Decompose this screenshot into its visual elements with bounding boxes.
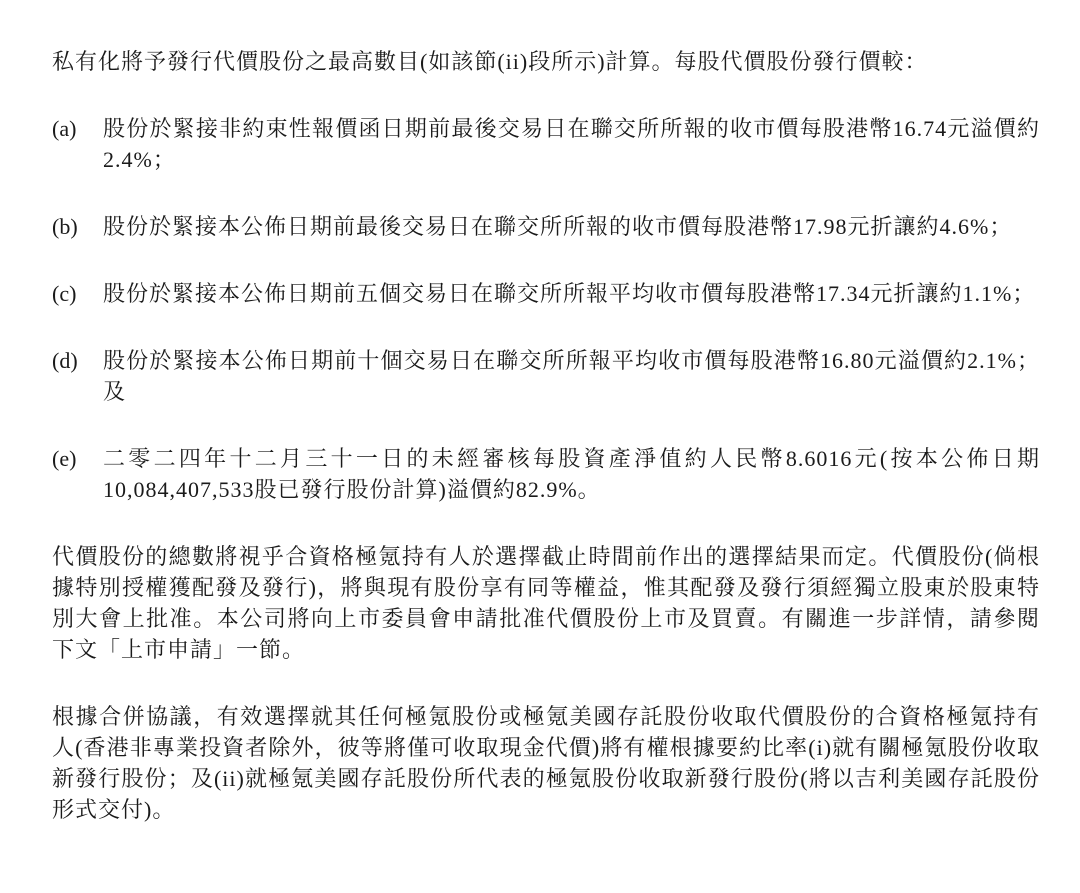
list-item-e: (e) 二零二四年十二月三十一日的未經審核每股資產淨值約人民幣8.6016元(按…: [52, 443, 1040, 505]
item-label: (d): [52, 345, 103, 407]
list-item-c: (c) 股份於緊接本公佈日期前五個交易日在聯交所所報平均收市價每股港幣17.34…: [52, 278, 1040, 309]
item-text: 股份於緊接本公佈日期前十個交易日在聯交所所報平均收市價每股港幣16.80元溢價約…: [103, 345, 1040, 407]
document-page: 私有化將予發行代價股份之最高數目(如該節(ii)段所示)計算。每股代價股份發行價…: [0, 0, 1080, 893]
item-label: (c): [52, 278, 103, 309]
item-text: 股份於緊接非約束性報價函日期前最後交易日在聯交所所報的收市價每股港幣16.74元…: [103, 113, 1040, 175]
item-label: (a): [52, 113, 103, 175]
list-item-b: (b) 股份於緊接本公佈日期前最後交易日在聯交所所報的收市價每股港幣17.98元…: [52, 211, 1040, 242]
intro-paragraph: 私有化將予發行代價股份之最高數目(如該節(ii)段所示)計算。每股代價股份發行價…: [52, 46, 1040, 77]
item-text: 二零二四年十二月三十一日的未經審核每股資產淨值約人民幣8.6016元(按本公佈日…: [103, 443, 1040, 505]
item-text: 股份於緊接本公佈日期前五個交易日在聯交所所報平均收市價每股港幣17.34元折讓約…: [103, 278, 1040, 309]
list-item-d: (d) 股份於緊接本公佈日期前十個交易日在聯交所所報平均收市價每股港幣16.80…: [52, 345, 1040, 407]
body-paragraph-consideration-shares: 代價股份的總數將視乎合資格極氪持有人於選擇截止時間前作出的選擇結果而定。代價股份…: [52, 541, 1040, 665]
item-label: (e): [52, 443, 103, 505]
item-text: 股份於緊接本公佈日期前最後交易日在聯交所所報的收市價每股港幣17.98元折讓約4…: [103, 211, 1040, 242]
body-paragraph-merger-agreement: 根據合併協議，有效選擇就其任何極氪股份或極氪美國存託股份收取代價股份的合資格極氪…: [52, 701, 1040, 825]
item-label: (b): [52, 211, 103, 242]
list-item-a: (a) 股份於緊接非約束性報價函日期前最後交易日在聯交所所報的收市價每股港幣16…: [52, 113, 1040, 175]
